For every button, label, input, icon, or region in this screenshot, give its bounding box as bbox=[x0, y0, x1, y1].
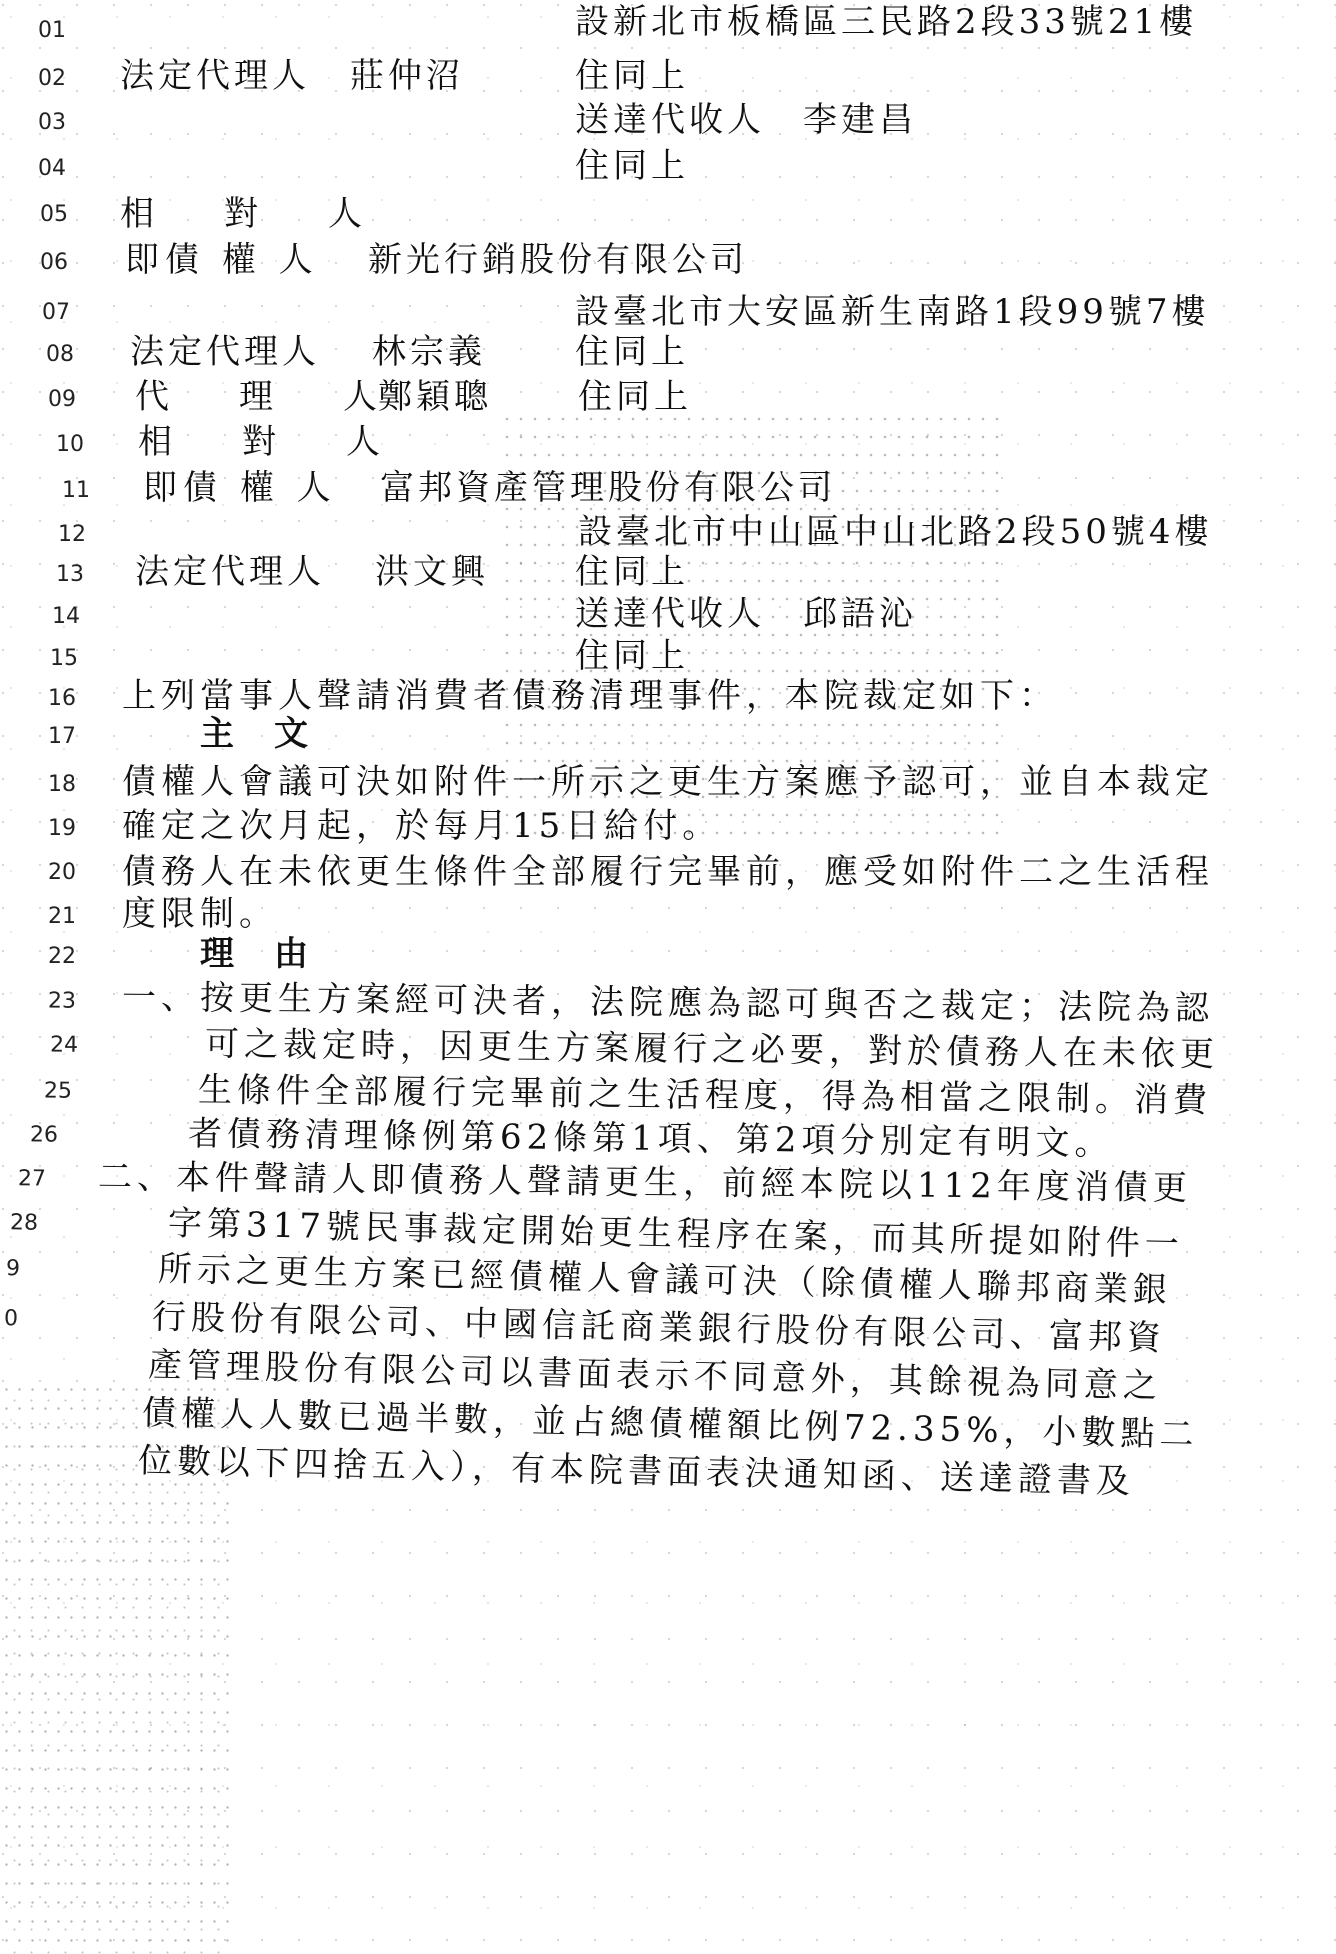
section-heading-main-text: 主文 bbox=[200, 714, 348, 754]
doc-line-09: 09 代 理 人 鄭穎聰 住同上 bbox=[0, 375, 1336, 425]
line-number: 05 bbox=[40, 202, 80, 227]
line-number: 12 bbox=[58, 522, 98, 547]
line-number: 25 bbox=[44, 1078, 84, 1103]
line-number: 21 bbox=[48, 904, 88, 929]
party-name: 林宗義 bbox=[372, 332, 486, 372]
service-agent-text: 送達代收人 邱語沁 bbox=[575, 594, 917, 634]
doc-line-10: 10 相 對 人 bbox=[0, 420, 1336, 470]
doc-line-22: 22 理由 bbox=[0, 932, 1336, 982]
ruling-text: 債務人在未依更生條件全部履行完畢前，應受如附件二之生活程 bbox=[122, 852, 1214, 892]
line-number: 17 bbox=[48, 724, 88, 749]
reason-paragraph-2: 二、本件聲請人即債務人聲請更生，前經本院以112年度消債更 bbox=[98, 1157, 1192, 1208]
doc-line-18: 18 債權人會議可決如附件一所示之更生方案應予認可，並自本裁定 bbox=[0, 760, 1336, 810]
address-text: 設新北市板橋區三民路2段33號21樓 bbox=[575, 2, 1197, 42]
role-label: 即債 權 人 bbox=[125, 240, 319, 280]
line-number: 26 bbox=[30, 1122, 70, 1147]
reason-paragraph-1: 一、按更生方案經可決者，法院應為認可與否之裁定；法院為認 bbox=[122, 977, 1214, 1028]
party-name: 莊仲沼 bbox=[350, 56, 464, 96]
line-number: 20 bbox=[48, 860, 88, 885]
party-name: 洪文興 bbox=[375, 552, 489, 592]
doc-line-17: 17 主文 bbox=[0, 714, 1336, 764]
line-number: 22 bbox=[48, 944, 88, 969]
line-number: 02 bbox=[38, 66, 78, 91]
party-name: 新光行銷股份有限公司 bbox=[368, 240, 748, 280]
doc-line-05: 05 相 對 人 bbox=[0, 190, 1336, 240]
role-label: 法定代理人 bbox=[120, 56, 310, 96]
address-text: 住同上 bbox=[575, 552, 689, 592]
doc-line-06: 06 即債 權 人 新光行銷股份有限公司 bbox=[0, 236, 1336, 286]
doc-line-03: 03 送達代收人 李建昌 bbox=[0, 98, 1336, 148]
role-label: 相 對 人 bbox=[138, 422, 398, 462]
doc-line-19: 19 確定之次月起，於每月15日給付。 bbox=[0, 804, 1336, 854]
doc-line-08: 08 法定代理人 林宗義 住同上 bbox=[0, 330, 1336, 380]
line-number: 04 bbox=[38, 156, 78, 181]
doc-line-07: 07 設臺北市大安區新生南路1段99號7樓 bbox=[0, 286, 1336, 336]
line-number: 15 bbox=[50, 646, 90, 671]
doc-line-11: 11 即債 權 人 富邦資產管理股份有限公司 bbox=[0, 464, 1336, 514]
ruling-text: 度限制。 bbox=[122, 894, 278, 934]
line-number: 08 bbox=[46, 342, 86, 367]
line-number: 18 bbox=[48, 772, 88, 797]
address-text: 住同上 bbox=[575, 56, 689, 96]
doc-line-01: 01 設新北市板橋區三民路2段33號21樓 bbox=[0, 2, 1336, 52]
address-text: 設臺北市中山區中山北路2段50號4樓 bbox=[578, 512, 1213, 552]
address-text: 住同上 bbox=[575, 636, 689, 676]
line-number: 07 bbox=[42, 300, 82, 325]
line-number: 06 bbox=[40, 250, 80, 275]
section-heading-reasons: 理由 bbox=[200, 934, 348, 974]
line-number: 13 bbox=[56, 562, 96, 587]
ruling-text: 確定之次月起，於每月15日給付。 bbox=[122, 806, 721, 846]
role-label: 法定代理人 bbox=[130, 332, 320, 372]
line-number: 10 bbox=[56, 432, 96, 457]
line-number: 16 bbox=[48, 686, 88, 711]
line-number: 11 bbox=[62, 478, 102, 503]
role-label: 法定代理人 bbox=[135, 552, 325, 592]
address-text: 住同上 bbox=[578, 377, 692, 417]
ruling-text: 債權人會議可決如附件一所示之更生方案應予認可，並自本裁定 bbox=[122, 762, 1214, 802]
line-number: 23 bbox=[48, 989, 88, 1014]
line-number: 0 bbox=[4, 1306, 45, 1332]
address-text: 住同上 bbox=[575, 146, 689, 186]
role-label: 即債 權 人 bbox=[143, 468, 337, 508]
role-label: 代 理 人 bbox=[135, 377, 395, 417]
line-number: 14 bbox=[52, 604, 92, 629]
line-number: 01 bbox=[38, 18, 78, 43]
doc-line-02: 02 法定代理人 莊仲沼 住同上 bbox=[0, 50, 1336, 100]
line-number: 28 bbox=[10, 1210, 51, 1236]
line-number: 27 bbox=[18, 1166, 58, 1191]
doc-line-04: 04 住同上 bbox=[0, 144, 1336, 194]
doc-line-20: 20 債務人在未依更生條件全部履行完畢前，應受如附件二之生活程 bbox=[0, 848, 1336, 898]
party-name: 富邦資產管理股份有限公司 bbox=[380, 468, 836, 508]
address-text: 設臺北市大安區新生南路1段99號7樓 bbox=[575, 292, 1210, 332]
reason-paragraph-1: 者債務清理條例第62條第1項、第2項分別定有明文。 bbox=[188, 1114, 1114, 1164]
document-page: 01 設新北市板橋區三民路2段33號21樓 02 法定代理人 莊仲沼 住同上 0… bbox=[0, 0, 1336, 1954]
intro-statement: 上列當事人聲請消費者債務清理事件，本院裁定如下： bbox=[122, 676, 1058, 716]
line-number: 09 bbox=[48, 387, 88, 412]
party-name: 鄭穎聰 bbox=[378, 377, 492, 417]
address-text: 住同上 bbox=[575, 332, 689, 372]
line-number: 03 bbox=[38, 110, 78, 135]
line-number: 9 bbox=[6, 1256, 47, 1282]
service-agent-text: 送達代收人 李建昌 bbox=[575, 100, 917, 140]
role-label: 相 對 人 bbox=[120, 194, 380, 234]
line-number: 24 bbox=[50, 1033, 90, 1058]
line-number: 19 bbox=[48, 816, 88, 841]
